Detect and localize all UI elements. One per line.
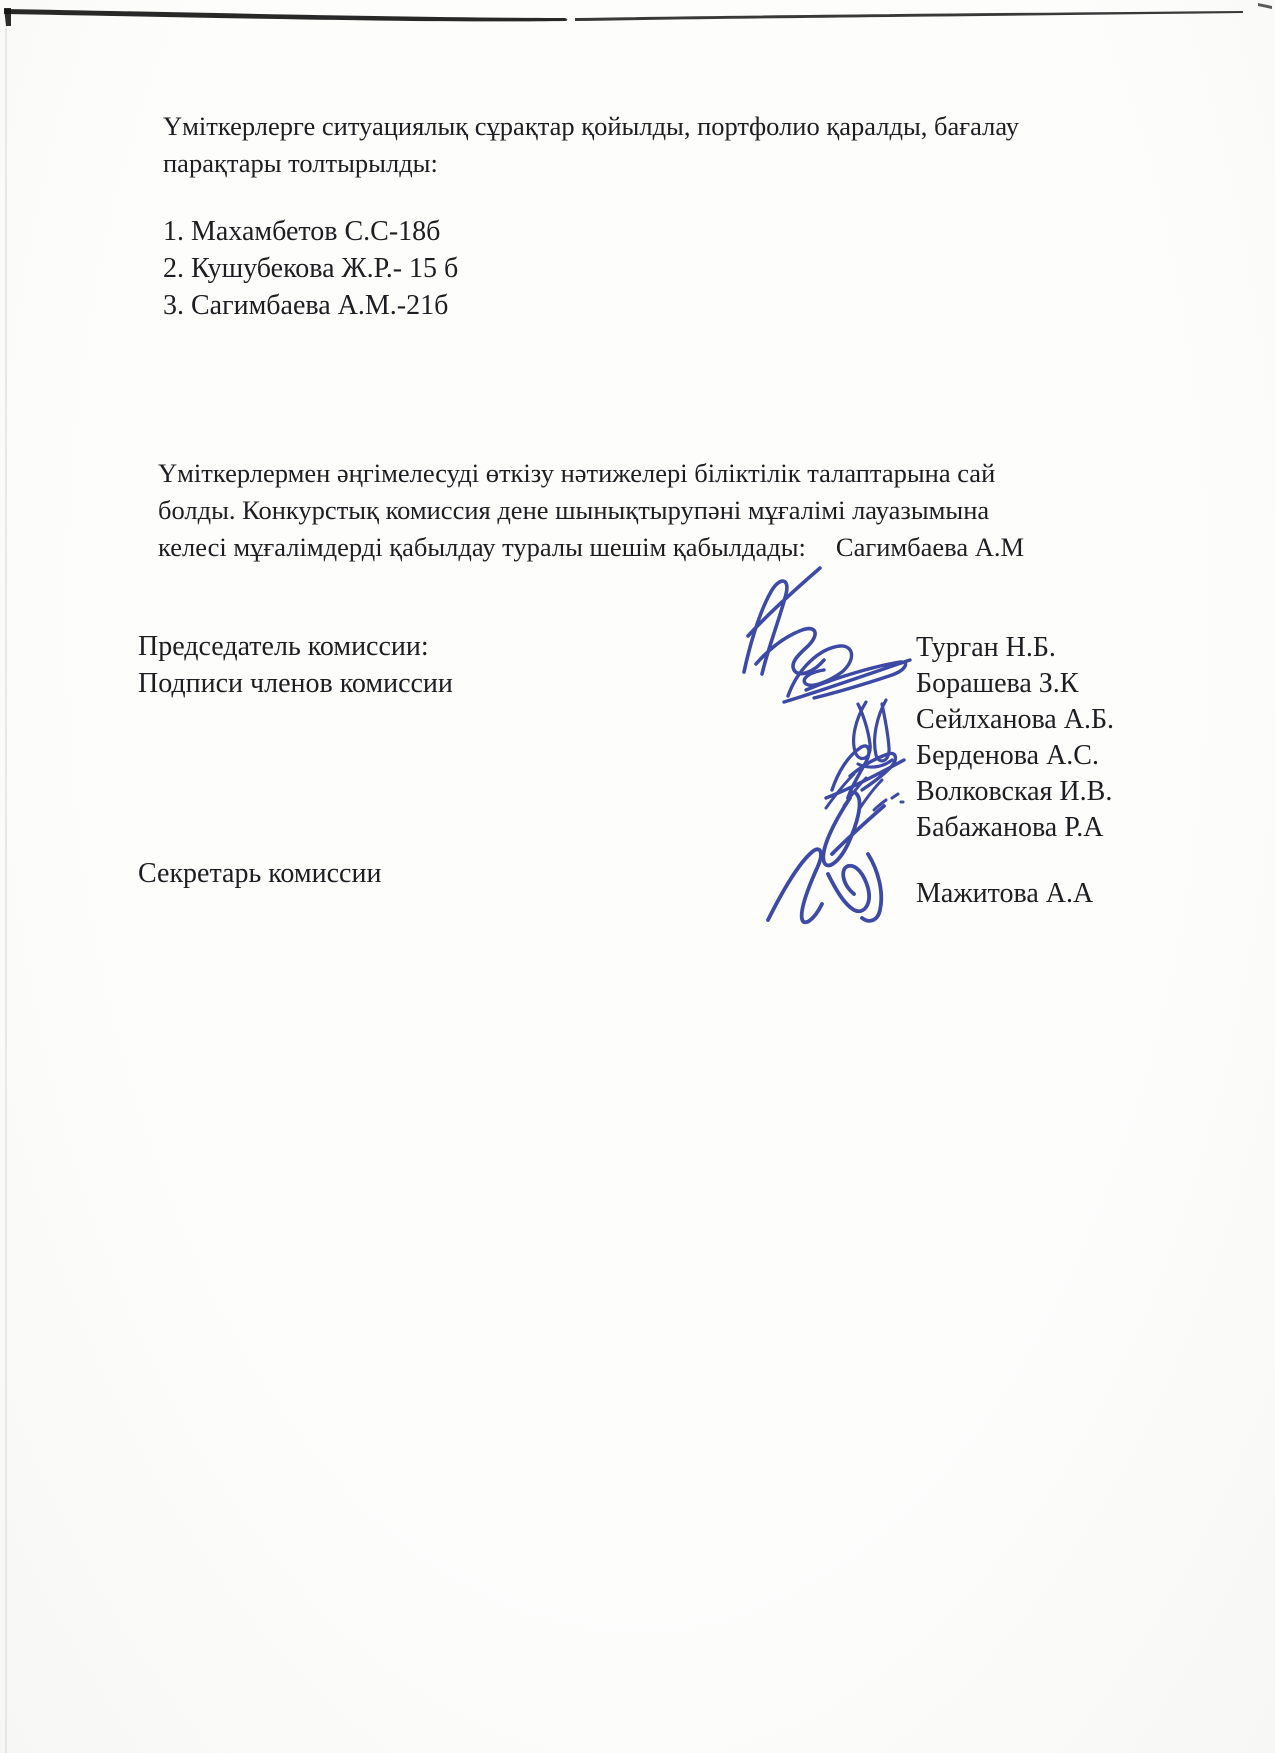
signature-labels: Председатель комиссии: Подписи членов ко… — [138, 628, 453, 702]
commission-member-name: Борашева З.К — [916, 666, 1114, 702]
signature-borasheva — [784, 646, 910, 702]
members-signatures-label: Подписи членов комиссии — [138, 665, 453, 702]
signature-turgan — [744, 568, 824, 674]
decision-paragraph: Үміткерлермен әңгімелесуді өткізу нәтиже… — [158, 455, 1024, 566]
commission-member-name: Берденова А.С. — [916, 738, 1114, 774]
commission-member-name: Бабажанова Р.А — [916, 810, 1114, 846]
chairman-label: Председатель комиссии: — [138, 628, 453, 665]
accepted-candidate-name: Сагимбаева А.М — [836, 532, 1024, 562]
intro-line: Үміткерлерге ситуациялық сұрақтар қойылд… — [163, 108, 1019, 145]
candidate-score-list: 1. Махамбетов С.С-18б 2. Кушубекова Ж.Р.… — [163, 213, 458, 324]
commission-member-names: Турган Н.Б. Борашева З.К Сейлханова А.Б.… — [916, 630, 1114, 846]
decision-line: болды. Конкурстық комиссия дене шынықтыр… — [158, 492, 1024, 529]
commission-member-name: Сейлханова А.Б. — [916, 702, 1114, 738]
signature-mazhitova — [768, 849, 881, 922]
scan-top-edge-artifact — [0, 0, 1275, 34]
intro-line: парақтары толтырылды: — [163, 145, 1019, 182]
signature-seylkhanova — [854, 700, 892, 767]
candidate-item: 3. Сагимбаева А.М.-21б — [163, 287, 458, 324]
decision-line-text: келесі мұғалімдерді қабылдау туралы шеші… — [158, 532, 806, 562]
scanned-document-page: Үміткерлерге ситуациялық сұрақтар қойылд… — [0, 0, 1275, 1753]
candidate-item: 1. Махамбетов С.С-18б — [163, 213, 458, 250]
decision-line: Үміткерлермен әңгімелесуді өткізу нәтиже… — [158, 455, 1024, 492]
signature-berdenova — [826, 746, 904, 798]
candidate-item: 2. Кушубекова Ж.Р.- 15 б — [163, 250, 458, 287]
commission-member-name: Волковская И.В. — [916, 774, 1114, 810]
signature-volkovskaya — [826, 774, 903, 810]
signature-babazhanova — [823, 792, 884, 865]
decision-line: келесі мұғалімдерді қабылдау туралы шеші… — [158, 529, 1024, 566]
intro-paragraph: Үміткерлерге ситуациялық сұрақтар қойылд… — [163, 108, 1019, 182]
secretary-label: Секретарь комиссии — [138, 858, 381, 890]
scan-left-edge-artifact — [5, 28, 7, 1753]
secretary-name: Мажитова А.А — [916, 878, 1093, 910]
commission-member-name: Турган Н.Б. — [916, 630, 1114, 666]
